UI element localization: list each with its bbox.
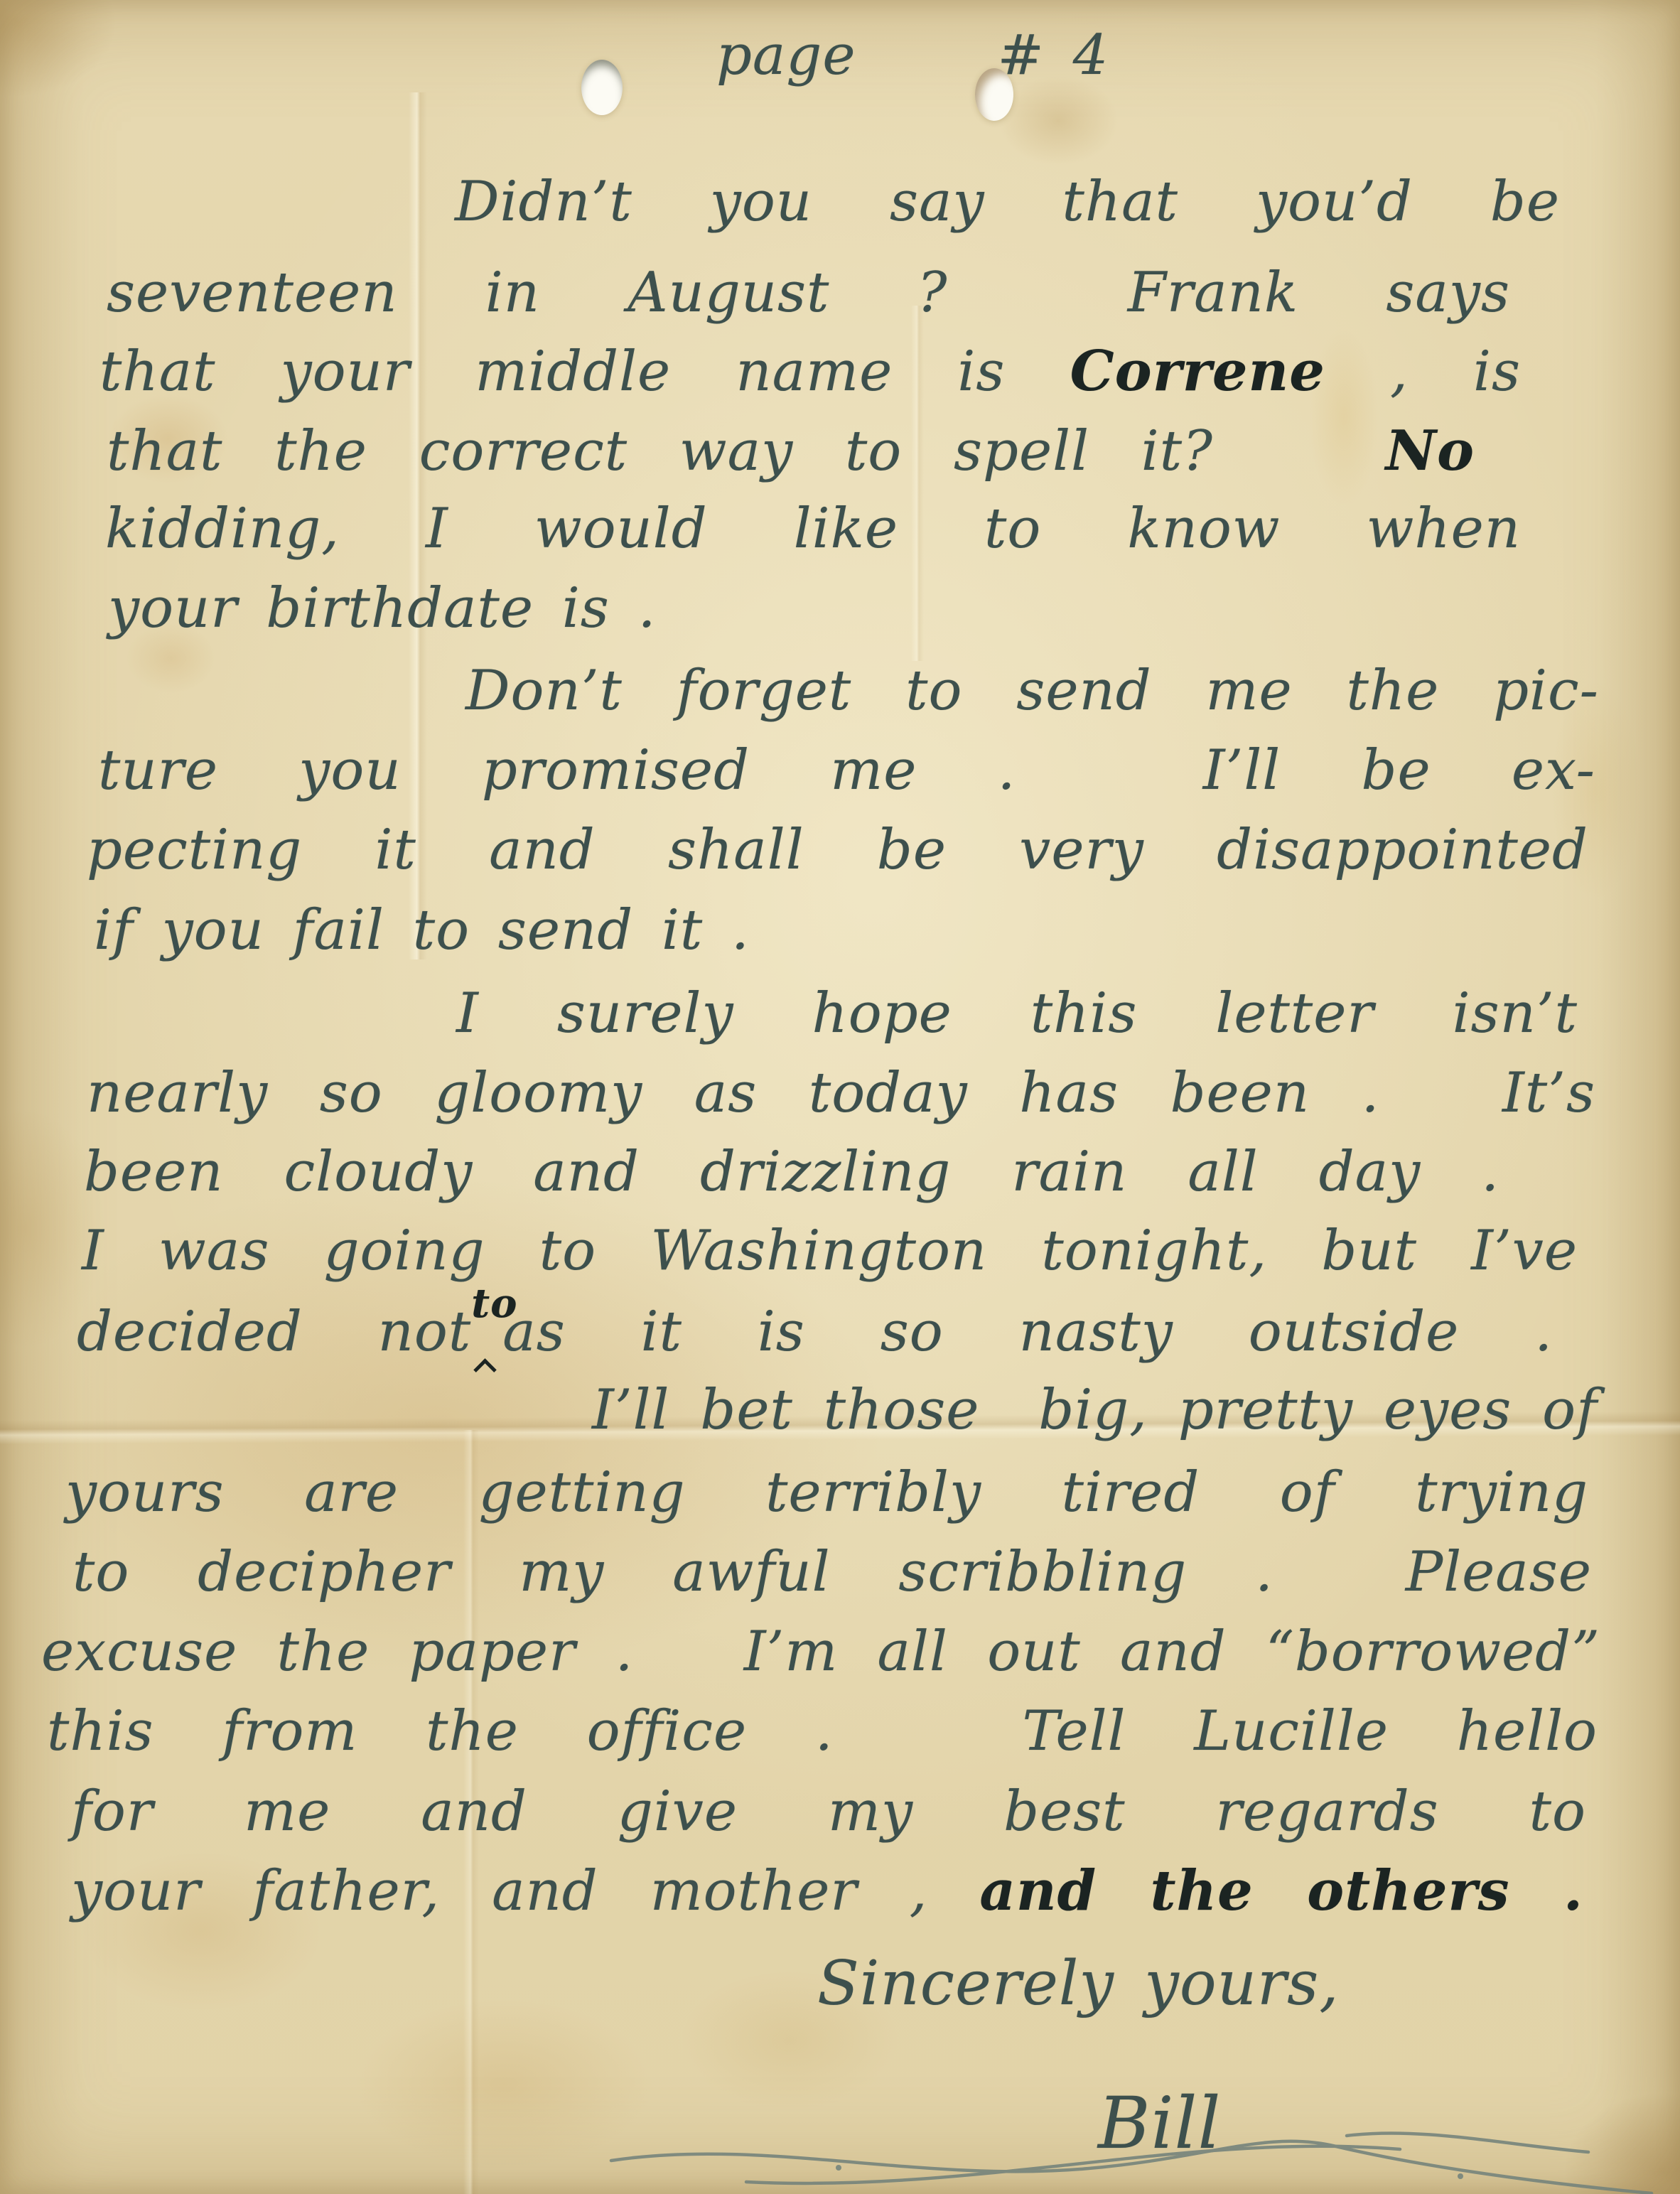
letter-page: page # 4 Didn’t you say that you’d besev… <box>0 0 1680 2194</box>
letter-line: your birthdate is . <box>108 577 656 641</box>
handwriting-gap <box>1379 1104 1450 1112</box>
handwriting-gap <box>947 304 1040 311</box>
caret-mark-icon <box>473 1358 497 1382</box>
letter-line: I’ll bet those big, pretty eyes of <box>592 1379 1598 1443</box>
letter-line: that the correct way to spell it? No <box>107 419 1475 484</box>
letter-line: nearly so gloomy as today has been . It’… <box>87 1062 1595 1126</box>
flourish-stroke-2 <box>746 2146 1400 2183</box>
handwriting-gap <box>1016 782 1122 789</box>
handwriting-text: pecting it and shall be very disappointe… <box>87 818 1588 882</box>
emphasized-handwriting: Correne <box>1070 339 1325 404</box>
handwriting-text: nearly so gloomy as today has been . <box>87 1061 1379 1125</box>
letter-line: to decipher my awful scribbling . Please <box>72 1541 1592 1605</box>
handwriting-text: yours are getting terribly tired of tryi… <box>65 1461 1588 1524</box>
handwriting-text: kidding, I would like to know when <box>105 497 1521 561</box>
handwriting-text: that the correct way to spell it? <box>107 419 1213 483</box>
letter-line: if you fail to send it . <box>94 899 750 963</box>
inserted-word-annotation: to <box>471 1342 502 1350</box>
handwriting-text: that your middle name is <box>99 340 1070 404</box>
handwriting-text <box>1334 419 1386 483</box>
emphasized-handwriting: and the others . <box>979 1859 1583 1923</box>
handwriting-text: I’ll be ex- <box>1122 738 1595 802</box>
letter-line: for me and give my best regards to <box>71 1780 1586 1844</box>
page-number: page # 4 <box>716 24 1109 88</box>
handwriting-text: Tell Lucille hello <box>954 1699 1598 1763</box>
handwriting-text: seventeen in August ? <box>107 261 947 325</box>
letter-line: your father, and mother , and the others… <box>71 1859 1583 1924</box>
handwriting-text: been cloudy and drizzling rain all day . <box>84 1140 1499 1204</box>
letter-line: seventeen in August ? Frank says <box>107 262 1510 326</box>
letter-line: Didn’t you say that you’d be <box>455 171 1560 235</box>
handwriting-text: big, pretty eyes of <box>1008 1378 1598 1442</box>
letter-line: ture you promised me . I’ll be ex- <box>98 739 1595 803</box>
handwriting-text: I was going to Washington tonight, but I… <box>82 1219 1578 1283</box>
signature-flourish <box>583 2125 1680 2194</box>
handwriting-text: I’ll bet those <box>592 1378 979 1442</box>
handwriting-text: I’m all out and “borrowed” <box>704 1620 1600 1684</box>
handwriting-text: decided not <box>77 1300 471 1364</box>
handwriting-text: Don’t forget to send me the pic- <box>465 659 1599 723</box>
handwriting-text: Frank says <box>1040 261 1510 325</box>
handwriting-text: Didn’t you say that you’d be <box>455 170 1560 234</box>
letter-line: pecting it and shall be very disappointe… <box>87 819 1588 883</box>
letter-line: Don’t forget to send me the pic- <box>465 660 1599 724</box>
handwriting-gap <box>633 1663 704 1670</box>
letter-line: excuse the paper . I’m all out and “borr… <box>41 1620 1600 1684</box>
letter-line: I was going to Washington tonight, but I… <box>82 1220 1578 1284</box>
handwriting-gap <box>979 1421 1008 1429</box>
ink-dot <box>1458 2173 1463 2179</box>
letter-line: that your middle name is Correne , is <box>99 340 1521 404</box>
handwriting-text: , is <box>1325 340 1521 404</box>
handwriting-text: this from the office . <box>47 1699 834 1763</box>
handwriting-gap <box>1274 1583 1337 1591</box>
handwriting-text: for me and give my best regards to <box>71 1780 1586 1844</box>
flourish-stroke-1 <box>611 2141 1652 2193</box>
handwriting-text: if you fail to send it . <box>94 898 750 962</box>
handwriting-text: ture you promised me . <box>98 738 1016 802</box>
handwriting-text: I surely hope this letter isn’t <box>456 982 1578 1045</box>
handwriting-gap <box>1213 463 1334 470</box>
handwriting-gap <box>834 1743 954 1750</box>
valediction: Sincerely yours, <box>817 1949 1340 2019</box>
emphasized-handwriting: No <box>1386 419 1475 483</box>
handwriting-text: as it is so nasty outside . <box>502 1300 1553 1364</box>
letter-line: been cloudy and drizzling rain all day . <box>84 1141 1499 1205</box>
letter-line: I surely hope this letter isn’t <box>456 982 1578 1046</box>
letter-line: decided nottoas it is so nasty outside . <box>77 1301 1553 1365</box>
handwriting-text: excuse the paper . <box>41 1620 633 1684</box>
handwriting-text: It’s <box>1450 1061 1595 1125</box>
letter-line: kidding, I would like to know when <box>105 498 1521 561</box>
letter-line: yours are getting terribly tired of tryi… <box>65 1461 1588 1525</box>
punch-hole-left <box>581 60 623 115</box>
handwriting-text: your birthdate is . <box>108 576 656 640</box>
ink-dot <box>836 2165 841 2171</box>
handwriting-text: to decipher my awful scribbling . <box>72 1540 1274 1604</box>
letter-line: this from the office . Tell Lucille hell… <box>47 1700 1598 1764</box>
handwriting-text: your father, and mother , <box>71 1859 979 1923</box>
inserted-word: to <box>471 1281 517 1326</box>
handwriting-text: Please <box>1337 1540 1592 1604</box>
